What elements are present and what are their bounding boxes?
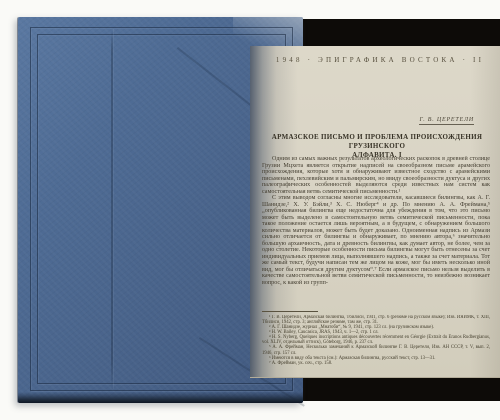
article-body: Одним из самых важных результатов археол… [262, 156, 490, 310]
author-name: Г. В. ЦЕРЕТЕЛИ [419, 117, 474, 125]
footnote: ⁴ H. S. Nyberg, Quelques inscriptions an… [262, 335, 490, 345]
footnotes: ¹ Г. В. Церетели, Армазская билингва, Тб… [262, 315, 490, 372]
paragraph: Одним из самых важных результатов археол… [262, 156, 490, 195]
paragraph: С этим выводом согласны многие исследова… [262, 195, 490, 286]
cover-vertical-crease [111, 29, 113, 389]
running-head: 1948 · ЭПИГРАФИКА ВОСТОКА · II [266, 56, 494, 64]
footnote: ¹ Г. В. Церетели, Армазская билингва, Тб… [262, 315, 490, 325]
footnote: ⁵ А. А. Фрейман, Несколько замечаний к А… [262, 345, 490, 355]
journal-page: 1948 · ЭПИГРАФИКА ВОСТОКА · II Г. В. ЦЕР… [250, 46, 500, 378]
backdrop-shadow-bottom [296, 377, 500, 401]
article-title-line1: АРМАЗСКОЕ ПИСЬМО И ПРОБЛЕМА ПРОИСХОЖДЕНИ… [272, 133, 482, 150]
cover-frame-inner [37, 34, 286, 384]
backdrop-shadow-top [296, 19, 500, 46]
footnote-separator [262, 311, 318, 312]
book-bottom-edge-shadow [18, 392, 303, 403]
footnote: ⁷ А. Фрейман, ук. соч., стр. 158. [262, 361, 490, 366]
book-photo-scene: 1948 · ЭПИГРАФИКА ВОСТОКА · II Г. В. ЦЕР… [0, 0, 500, 420]
